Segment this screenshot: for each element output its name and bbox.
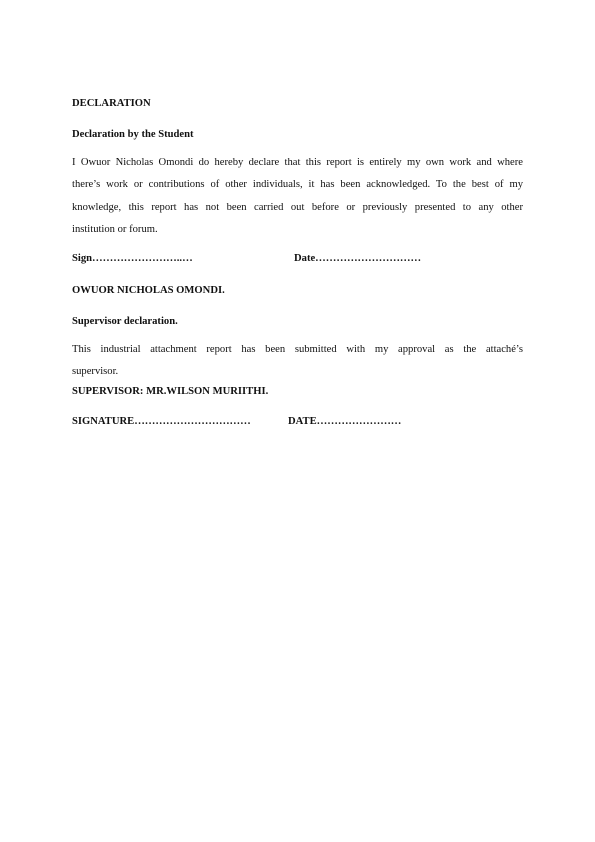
supervisor-declaration-paragraph: This industrial attachment report has be… (72, 339, 523, 384)
supervisor-signature-field: SIGNATURE…………………………… (72, 415, 251, 429)
paragraph-line: knowledge, this report has not been carr… (72, 197, 523, 219)
student-date-field: Date………………………… (294, 252, 421, 266)
supervisor-name: SUPERVISOR: MR.WILSON MURIITHI. (72, 385, 268, 399)
supervisor-declaration-subheading: Supervisor declaration. (72, 315, 178, 329)
student-sign-field: Sign……………………..… (72, 252, 193, 266)
student-name: OWUOR NICHOLAS OMONDI. (72, 284, 225, 298)
student-declaration-subheading: Declaration by the Student (72, 128, 194, 142)
declaration-heading: DECLARATION (72, 97, 151, 111)
paragraph-line: supervisor. (72, 361, 523, 383)
supervisor-date-field: DATE…………………… (288, 415, 401, 429)
paragraph-line: there’s work or contributions of other i… (72, 174, 523, 196)
paragraph-line: institution or forum. (72, 219, 523, 241)
paragraph-line: This industrial attachment report has be… (72, 339, 523, 361)
paragraph-line: I Owuor Nicholas Omondi do hereby declar… (72, 152, 523, 174)
document-page: DECLARATION Declaration by the Student I… (0, 0, 595, 842)
student-declaration-paragraph: I Owuor Nicholas Omondi do hereby declar… (72, 152, 523, 241)
